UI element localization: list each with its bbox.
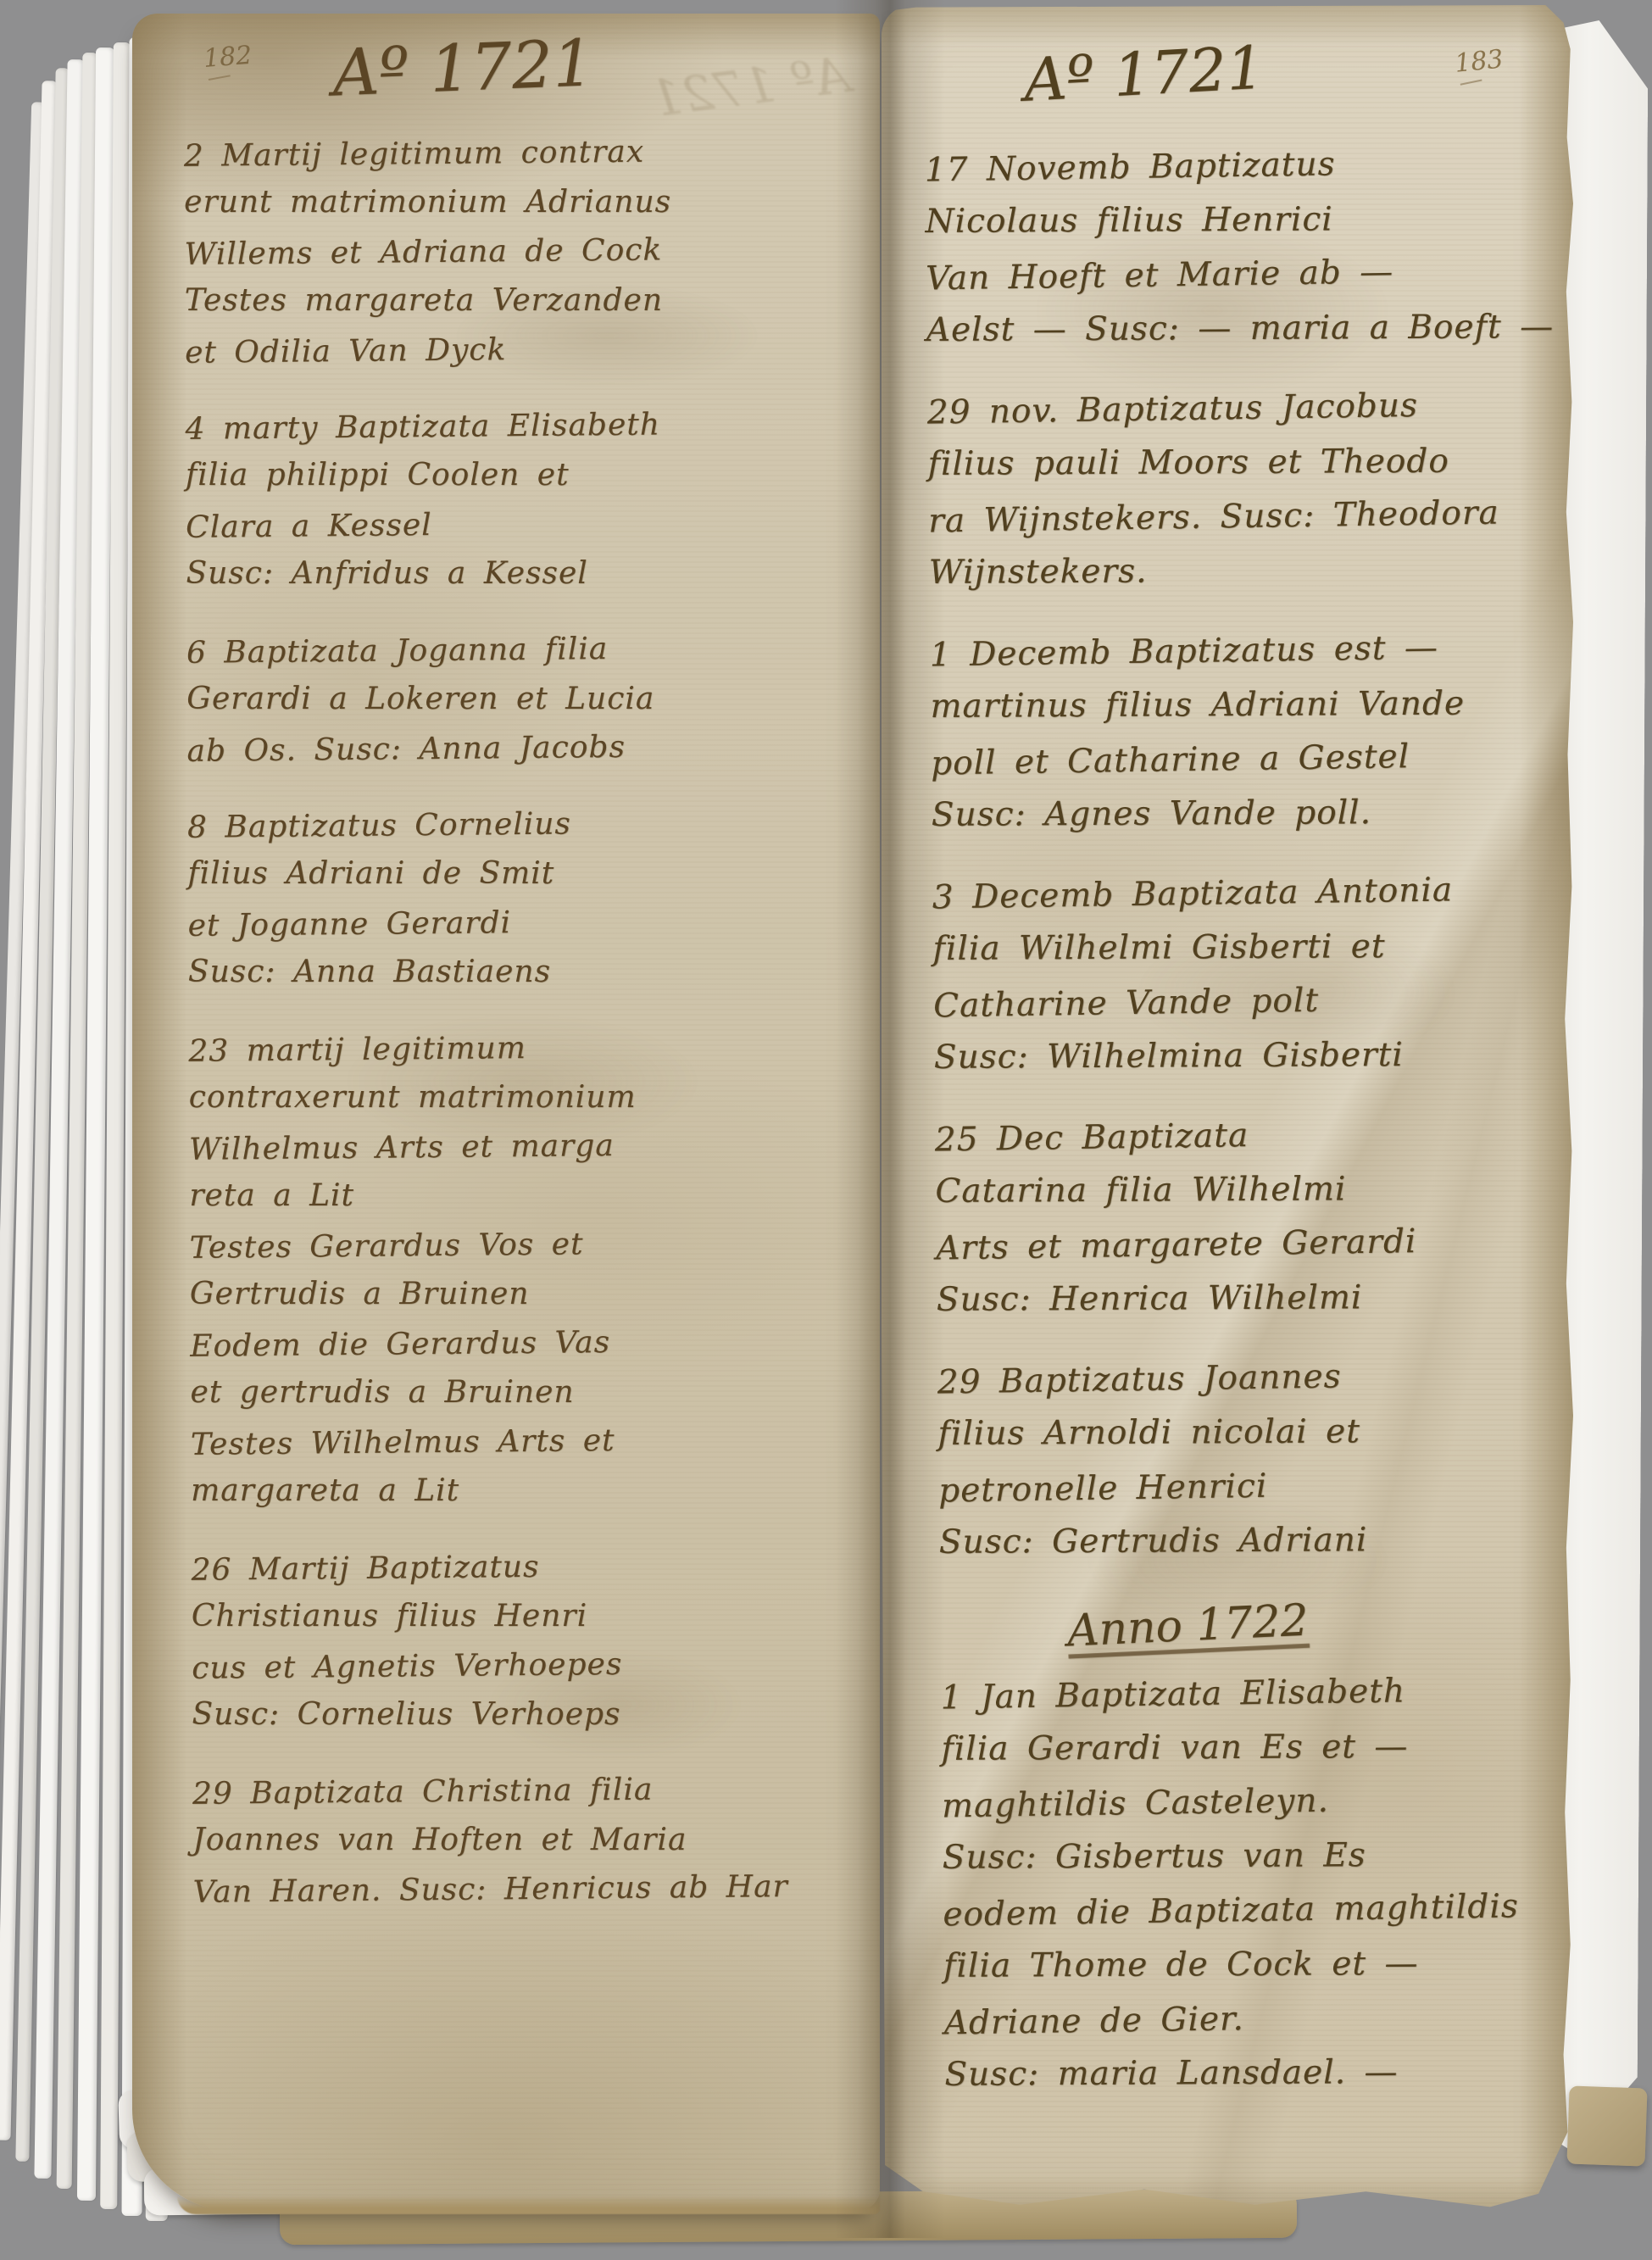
manuscript-line: 1 Decemb Baptizatus est — <box>929 620 1557 683</box>
manuscript-line: 25 Dec Baptizata <box>934 1105 1562 1168</box>
year-heading: Anno 1722 <box>1066 1582 1568 1659</box>
manuscript-line: 29 nov. Baptizatus Jacobus <box>926 377 1555 441</box>
manuscript-line: Clara a Kessel <box>186 497 865 553</box>
manuscript-line: Susc: Gertrudis Adriani <box>939 1512 1566 1570</box>
manuscript-line: filia Gerardi van Es et — <box>941 1719 1568 1777</box>
register-entry: 29 Baptizata Christina filiaJoannes van … <box>192 1765 871 1916</box>
manuscript-line: 1 Jan Baptizata Elisabeth <box>940 1662 1568 1725</box>
manuscript-line: poll et Catharine a Gestel <box>931 728 1559 792</box>
manuscript-line: Susc: Cornelius Verhoeps <box>192 1690 870 1740</box>
manuscript-line: Susc: maria Lansdael. — <box>944 2045 1571 2102</box>
manuscript-line: Susc: Gisbertus van Es <box>943 1828 1570 1885</box>
photograph-background: 182 Aº 1721 Aº 1721 2 Martij legitimum c… <box>0 0 1652 2260</box>
manuscript-line: et Joganne Gerardi <box>187 895 866 951</box>
manuscript-line: filius Adriani de Smit <box>187 849 865 899</box>
page-number: 183 <box>1453 44 1505 84</box>
manuscript-line: ab Os. Susc: Anna Jacobs <box>186 721 865 777</box>
page-edge-corner-right <box>1566 2085 1647 2166</box>
manuscript-line: Testes Gerardus Vos et <box>189 1217 868 1273</box>
manuscript-line: Susc: Agnes Vande poll. <box>932 785 1559 843</box>
manuscript-line: Susc: Henrica Wilhelmi <box>937 1270 1564 1328</box>
manuscript-line: Susc: Wilhelmina Gisberti <box>934 1027 1561 1085</box>
manuscript-line: Adriane de Gier. <box>943 1987 1571 2051</box>
manuscript-page-left: 182 Aº 1721 Aº 1721 2 Martij legitimum c… <box>132 14 880 2211</box>
manuscript-line: filia Wilhelmi Gisberti et <box>932 919 1560 977</box>
right-page-text: 183 Aº 1721 17 Novemb BaptizatusNicolaus… <box>923 10 1572 2129</box>
manuscript-line: Van Haren. Susc: Henricus ab Har <box>192 1862 871 1918</box>
register-entry: 3 Decemb Baptizata Antoniafilia Wilhelmi… <box>932 863 1562 1087</box>
manuscript-line: margareta a Lit <box>191 1467 869 1516</box>
manuscript-line: Arts et margarete Gerardi <box>936 1213 1564 1277</box>
manuscript-page-right: 183 Aº 1721 17 Novemb BaptizatusNicolaus… <box>882 5 1573 2209</box>
register-entry: 29 nov. Baptizatus Jacobusfilius pauli M… <box>927 378 1557 602</box>
manuscript-line: Susc: Anna Bastiaens <box>188 948 866 997</box>
manuscript-line: Nicolaus filius Henrici <box>925 192 1552 249</box>
manuscript-line: Willems et Adriana de Cock <box>184 224 863 280</box>
register-entry: 1 Jan Baptizata Elisabethfilia Gerardi v… <box>940 1663 1571 2104</box>
manuscript-line: filia Thome de Cock et — <box>943 1936 1571 1994</box>
manuscript-line: Testes margareta Verzanden <box>185 276 863 326</box>
register-entry: 26 Martij BaptizatusChristianus filius H… <box>191 1541 870 1741</box>
manuscript-line: Gertrudis a Bruinen <box>190 1270 868 1319</box>
register-entries: 17 Novemb BaptizatusNicolaus filius Henr… <box>925 136 1572 2104</box>
manuscript-line: ra Wijnstekers. Susc: Theodora <box>928 486 1556 549</box>
manuscript-line: 2 Martij legitimum contrax <box>184 125 863 181</box>
manuscript-line: Testes Wilhelmus Arts et <box>191 1414 870 1470</box>
register-entry: 2 Martij legitimum contraxerunt matrimon… <box>184 127 864 376</box>
register-entry: 17 Novemb BaptizatusNicolaus filius Henr… <box>925 136 1555 359</box>
manuscript-line: Catarina filia Wilhelmi <box>935 1161 1562 1219</box>
manuscript-line: 3 Decemb Baptizata Antonia <box>932 862 1560 926</box>
manuscript-line: 8 Baptizatus Cornelius <box>187 797 866 853</box>
manuscript-line: filius Arnoldi nicolai et <box>937 1404 1565 1461</box>
manuscript-line: petronelle Henrici <box>938 1455 1566 1518</box>
manuscript-line: 23 martij legitimum <box>188 1021 867 1077</box>
manuscript-line: 29 Baptizatus Joannes <box>937 1346 1565 1410</box>
register-entries: 2 Martij legitimum contraxerunt matrimon… <box>184 127 871 1916</box>
heading-bleedthrough-ghost: Aº 1721 <box>648 46 853 128</box>
register-entry: 4 marty Baptizata Elisabethfilia philipp… <box>185 400 864 600</box>
manuscript-line: Joannes van Hoften et Maria <box>192 1816 870 1865</box>
register-entry: 6 Baptizata Joganna filiaGerardi a Loker… <box>186 624 865 775</box>
page-number: 182 <box>203 41 253 80</box>
manuscript-line: Wijnstekers. <box>929 543 1556 600</box>
register-entry: 29 Baptizatus Joannesfilius Arnoldi nico… <box>937 1348 1566 1572</box>
manuscript-line: contraxerunt matrimonium <box>189 1073 867 1122</box>
manuscript-line: Gerardi a Lokeren et Lucia <box>186 675 865 724</box>
manuscript-line: Catharine Vande polt <box>933 971 1561 1034</box>
manuscript-line: Aelst — Susc: — maria a Boeft — <box>926 300 1554 358</box>
register-entry: 8 Baptizatus Corneliusfilius Adriani de … <box>187 799 866 999</box>
manuscript-line: 29 Baptizata Christina filia <box>192 1763 871 1819</box>
year-heading: Aº 1721 <box>275 24 651 114</box>
manuscript-line: et gertrudis a Bruinen <box>191 1368 869 1417</box>
manuscript-line: filius pauli Moors et Theodo <box>927 434 1555 492</box>
manuscript-line: Eodem die Gerardus Vas <box>190 1316 869 1372</box>
register-entry: 25 Dec BaptizataCatarina filia WilhelmiA… <box>935 1105 1565 1329</box>
register-entry: 23 martij legitimumcontraxerunt matrimon… <box>188 1022 869 1517</box>
manuscript-line: Van Hoeft et Marie ab — <box>926 243 1554 307</box>
manuscript-line: maghtildis Casteleyn. <box>942 1770 1570 1834</box>
manuscript-line: eodem die Baptizata maghtildis <box>943 1879 1571 1942</box>
left-page-text: 182 Aº 1721 Aº 1721 2 Martij legitimum c… <box>183 24 871 1943</box>
manuscript-line: 17 Novemb Baptizatus <box>924 135 1552 198</box>
manuscript-line: et Odilia Van Dyck <box>185 322 864 378</box>
manuscript-line: 4 marty Baptizata Elisabeth <box>185 398 864 454</box>
manuscript-line: martinus filius Adriani Vande <box>930 676 1557 734</box>
manuscript-line: 26 Martij Baptizatus <box>191 1539 870 1595</box>
manuscript-line: filia philippi Coolen et <box>186 451 864 500</box>
manuscript-line: cus et Agnetis Verhoepes <box>192 1638 870 1694</box>
register-entry: 1 Decemb Baptizatus est —martinus filius… <box>930 621 1560 844</box>
manuscript-line: Christianus filius Henri <box>192 1592 870 1641</box>
manuscript-line: Susc: Anfridus a Kessel <box>186 549 864 598</box>
year-heading: Aº 1721 <box>965 27 1324 121</box>
manuscript-line: erunt matrimonium Adrianus <box>184 178 862 227</box>
manuscript-line: 6 Baptizata Joganna filia <box>186 622 865 678</box>
manuscript-line: Wilhelmus Arts et marga <box>189 1119 868 1175</box>
manuscript-line: reta a Lit <box>189 1172 867 1221</box>
